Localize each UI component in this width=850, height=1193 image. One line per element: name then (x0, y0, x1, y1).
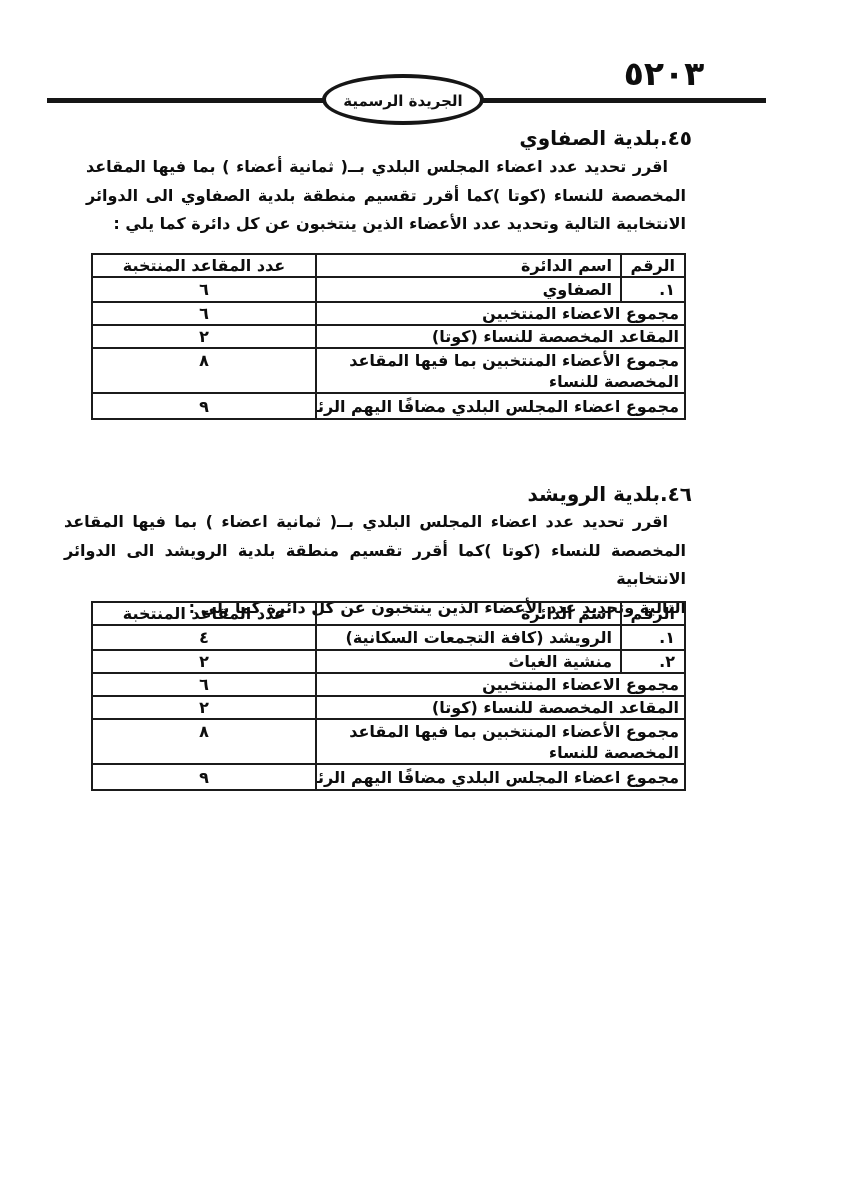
summary-label: مجموع اعضاء المجلس البلدي مضافًا اليهم ا… (316, 764, 685, 790)
paragraph-line: المخصصة للنساء (كوتا )كما أقرر تقسيم منط… (64, 537, 686, 594)
header-cell-district: اسم الدائرة (316, 602, 621, 625)
paragraph-line: اقرر تحديد عدد اعضاء المجلس البلدي بــ( … (86, 153, 686, 182)
section-45-paragraph: اقرر تحديد عدد اعضاء المجلس البلدي بــ( … (86, 153, 686, 239)
gazette-badge: الجريدة الرسمية (322, 74, 484, 125)
header-cell-district: اسم الدائرة (316, 254, 621, 277)
gazette-page: ٥٢٠٣ الجريدة الرسمية ٤٥.بلدية الصفاوي اق… (0, 0, 850, 1193)
table-summary-row: مجموع الأعضاء المنتخبين بما فيها المقاعد… (92, 348, 685, 393)
table-summary-row: مجموع الأعضاء المنتخبين بما فيها المقاعد… (92, 719, 685, 764)
summary-value: ٩ (92, 393, 316, 419)
cell-row-number: ١. (621, 625, 685, 650)
header-cell-number: الرقم (621, 602, 685, 625)
table-summary-row: المقاعد المخصصة للنساء (كوتا) ٢ (92, 696, 685, 719)
header-cell-seats: عدد المقاعد المنتخبة (92, 254, 316, 277)
cell-seat-count: ٢ (92, 650, 316, 673)
paragraph-line: المخصصة للنساء (كوتا )كما أقرر تقسيم منط… (86, 182, 686, 211)
summary-value: ٩ (92, 764, 316, 790)
section-46-table: الرقم اسم الدائرة عدد المقاعد المنتخبة ١… (91, 601, 686, 791)
gazette-badge-label: الجريدة الرسمية (343, 89, 462, 110)
table-summary-row: مجموع اعضاء المجلس البلدي مضافًا اليهم ا… (92, 764, 685, 790)
summary-value: ٦ (92, 302, 316, 325)
table-summary-row: المقاعد المخصصة للنساء (كوتا) ٢ (92, 325, 685, 348)
table-summary-row: مجموع الاعضاء المنتخبين ٦ (92, 302, 685, 325)
cell-row-number: ١. (621, 277, 685, 302)
summary-label: مجموع الاعضاء المنتخبين (316, 673, 685, 696)
header-cell-seats: عدد المقاعد المنتخبة (92, 602, 316, 625)
summary-label: مجموع الأعضاء المنتخبين بما فيها المقاعد… (316, 348, 685, 393)
summary-value: ٢ (92, 696, 316, 719)
cell-seat-count: ٦ (92, 277, 316, 302)
table-row: ١. الصفاوي ٦ (92, 277, 685, 302)
table-row: ٢. منشية الغياث ٢ (92, 650, 685, 673)
cell-district-name: الرويشد (كافة التجمعات السكانية) (316, 625, 621, 650)
section-45-table: الرقم اسم الدائرة عدد المقاعد المنتخبة ١… (91, 253, 686, 420)
summary-value: ٨ (92, 719, 316, 764)
header-cell-number: الرقم (621, 254, 685, 277)
table-header-row: الرقم اسم الدائرة عدد المقاعد المنتخبة (92, 602, 685, 625)
section-45-title: ٤٥.بلدية الصفاوي (519, 126, 692, 150)
table-row: ١. الرويشد (كافة التجمعات السكانية) ٤ (92, 625, 685, 650)
table-header-row: الرقم اسم الدائرة عدد المقاعد المنتخبة (92, 254, 685, 277)
cell-district-name: منشية الغياث (316, 650, 621, 673)
paragraph-line: اقرر تحديد عدد اعضاء المجلس البلدي بــ( … (64, 508, 686, 537)
cell-district-name: الصفاوي (316, 277, 621, 302)
summary-label: مجموع اعضاء المجلس البلدي مضافًا اليهم ا… (316, 393, 685, 419)
summary-label: المقاعد المخصصة للنساء (كوتا) (316, 696, 685, 719)
cell-row-number: ٢. (621, 650, 685, 673)
summary-label: مجموع الاعضاء المنتخبين (316, 302, 685, 325)
summary-label: المقاعد المخصصة للنساء (كوتا) (316, 325, 685, 348)
summary-value: ٦ (92, 673, 316, 696)
summary-value: ٨ (92, 348, 316, 393)
paragraph-line: الانتخابية التالية وتحديد عدد الأعضاء ال… (86, 210, 686, 239)
summary-label: مجموع الأعضاء المنتخبين بما فيها المقاعد… (316, 719, 685, 764)
page-number: ٥٢٠٣ (612, 54, 716, 93)
table-summary-row: مجموع اعضاء المجلس البلدي مضافًا اليهم ا… (92, 393, 685, 419)
cell-seat-count: ٤ (92, 625, 316, 650)
table-summary-row: مجموع الاعضاء المنتخبين ٦ (92, 673, 685, 696)
section-46-title: ٤٦.بلدية الرويشد (528, 482, 693, 506)
summary-value: ٢ (92, 325, 316, 348)
